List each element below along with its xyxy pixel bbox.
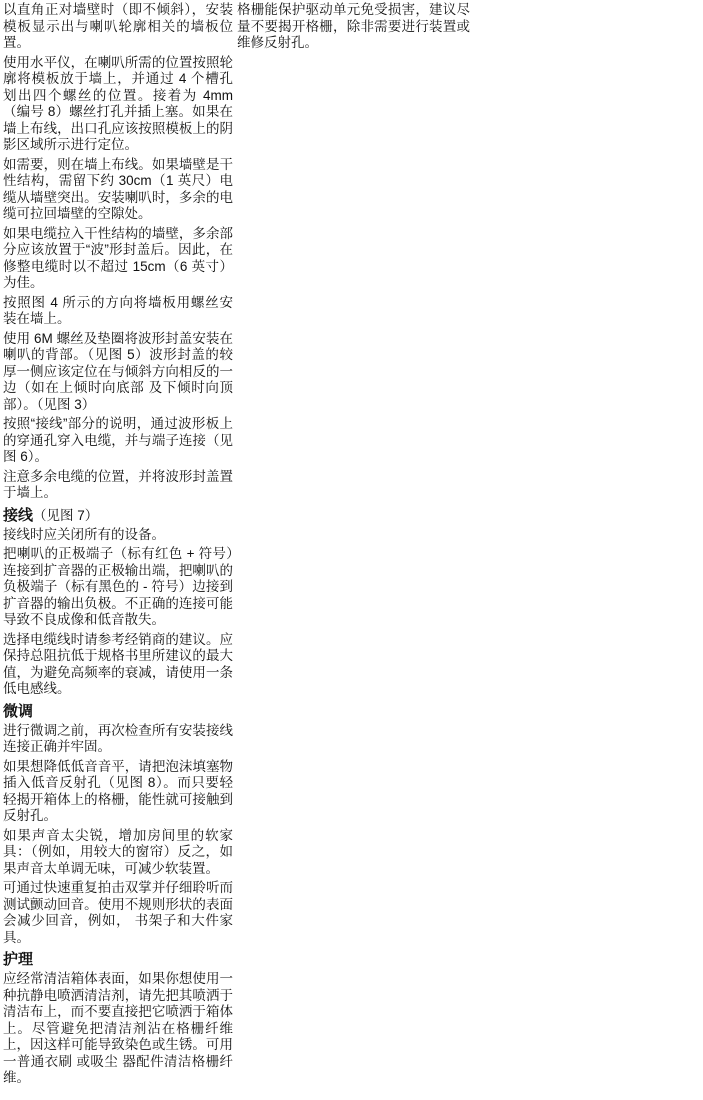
paragraph-clap-test: 可通过快速重复拍击双掌并仔细聆听而测试颤动回音。使用不规则形状的表面会减少回音，… [3, 880, 233, 946]
heading-note: （见图 7） [33, 508, 98, 523]
paragraph-polarity: 把喇叭的正极端子（标有红色 + 符号）连接到扩音器的正极输出端，把喇叭的负极端子… [3, 546, 233, 629]
heading-title: 接线 [3, 507, 33, 524]
paragraph-cable-drywall: 如需要，则在墙上布线。如果墙壁是干性结构，需留下约 30cm（1 英尺）电缆从墙… [3, 157, 233, 223]
right-column: 格栅能保护驱动单元免受损害，建议尽量不要揭开格栅，除非需要进行装置或维修反射孔。 [237, 2, 470, 55]
paragraph-sound-harsh: 如果声音太尖锐，增加房间里的软家具：（例如，用较大的窗帘）反之，如果声音太单调无… [3, 828, 233, 878]
left-column: 以直角正对墙壁时（即不倾斜），安装模板显示出与喇叭轮廓相关的墙板位置。 使用水平… [3, 2, 233, 1090]
heading-title: 护理 [3, 951, 33, 968]
paragraph-template-position: 以直角正对墙壁时（即不倾斜），安装模板显示出与喇叭轮廓相关的墙板位置。 [3, 2, 233, 52]
paragraph-feed-cable: 按照“接线”部分的说明，通过波形板上的穿通孔穿入电缆，并与端子连接（见图 6）。 [3, 416, 233, 466]
paragraph-check-connections: 进行微调之前，再次检查所有安装接线连接正确并牢固。 [3, 723, 233, 756]
paragraph-cleaning: 应经常清洁箱体表面，如果你想使用一种抗静电喷洒清洁剂，请先把其喷洒于清洁布上，而… [3, 971, 233, 1087]
paragraph-cover-on-wall: 注意多余电缆的位置，并将波形封盖置于墙上。 [3, 469, 233, 502]
section-heading-wiring: 接线（见图 7） [3, 507, 233, 524]
section-heading-fine-tuning: 微调 [3, 703, 233, 720]
paragraph-foam-plug: 如果想降低低音音平，请把泡沫填塞物插入低音反射孔（见图 8）。而只要轻轻揭开箱体… [3, 759, 233, 825]
paragraph-cable-choice: 选择电缆线时请参考经销商的建议。应保持总阻抗低于规格书里所建议的最大值，为避免高… [3, 632, 233, 698]
paragraph-cable-excess: 如果电缆拉入干性结构的墙壁，多余部分应该放置于“波”形封盖后。因此，在修整电缆时… [3, 226, 233, 292]
paragraph-grille-protection: 格栅能保护驱动单元免受损害，建议尽量不要揭开格栅，除非需要进行装置或维修反射孔。 [237, 2, 470, 52]
heading-title: 微调 [3, 703, 33, 720]
paragraph-wall-plate: 按照图 4 所示的方向将墙板用螺丝安装在墙上。 [3, 295, 233, 328]
paragraph-drill-holes: 使用水平仪，在喇叭所需的位置按照轮廓将模板放于墙上，并通过 4 个槽孔划出四个螺… [3, 55, 233, 154]
section-heading-care: 护理 [3, 951, 233, 968]
paragraph-wave-cover: 使用 6M 螺丝及垫圈将波形封盖安装在喇叭的背部。（见图 5）波形封盖的较厚一侧… [3, 331, 233, 414]
paragraph-switch-off: 接线时应关闭所有的设备。 [3, 527, 233, 544]
document-page: 以直角正对墙壁时（即不倾斜），安装模板显示出与喇叭轮廓相关的墙板位置。 使用水平… [0, 0, 703, 1100]
